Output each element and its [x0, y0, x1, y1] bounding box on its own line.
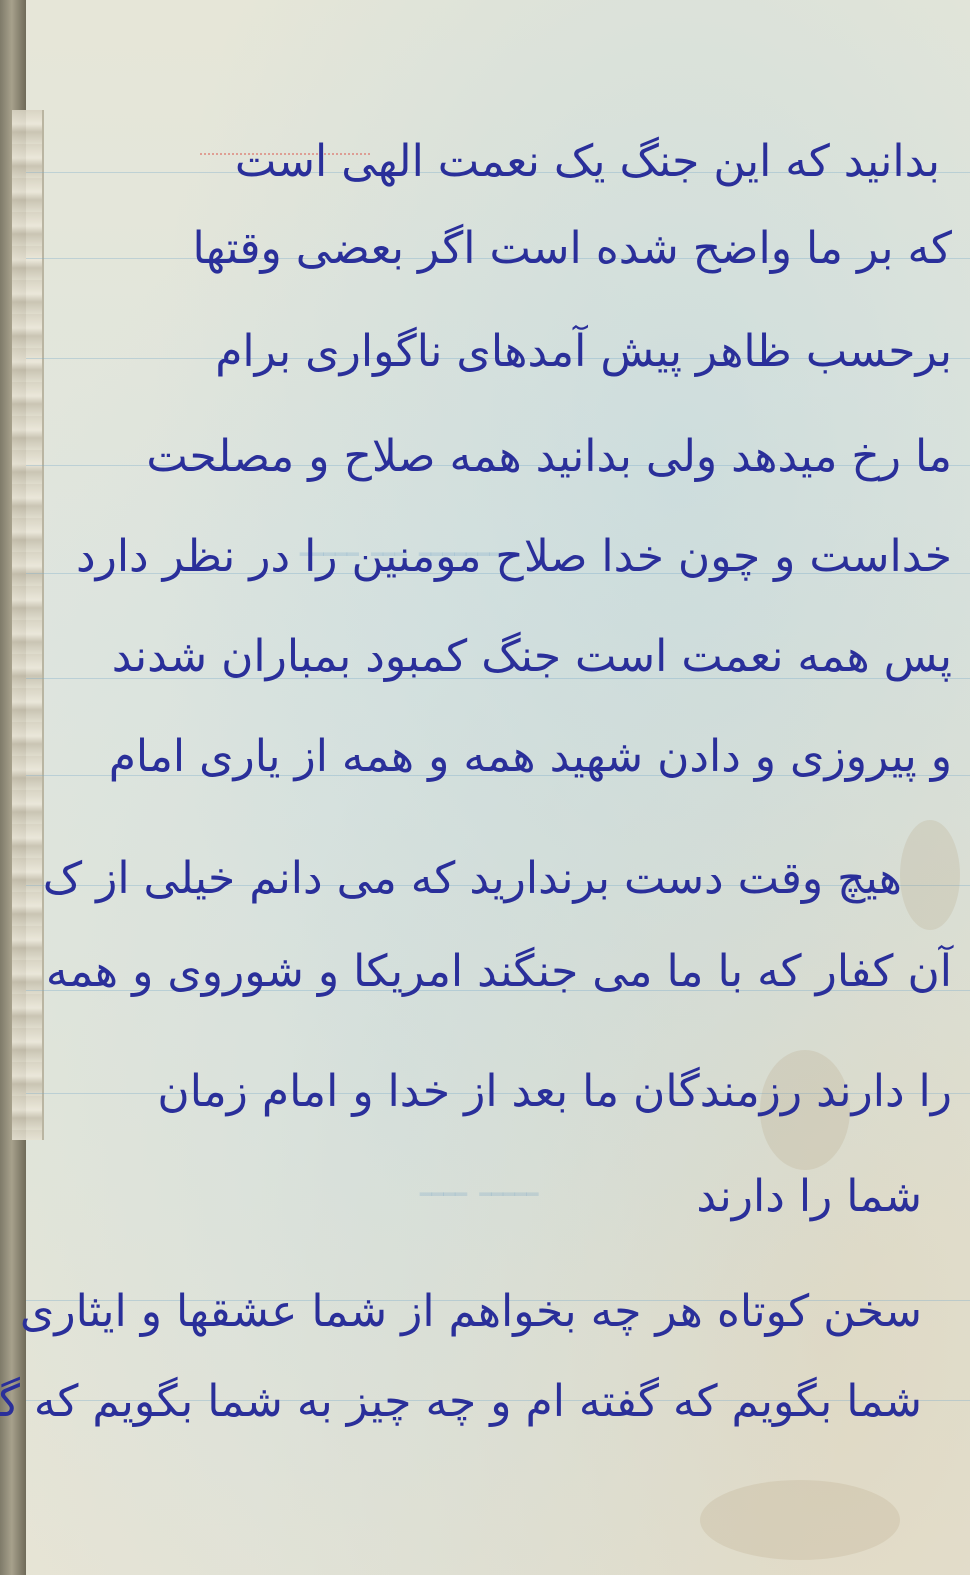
- torn-paper-edge: [12, 110, 44, 1140]
- text-line-2: که بر ما واضح شده است اگر بعضی وقتها: [193, 227, 952, 271]
- handwritten-text: بدانید که این جنگ یک نعمت الهی است که بر…: [0, 95, 952, 184]
- scanned-letter-page: ـــــ ـــ ـــــــ ــــ ـــــ بدانید که ا…: [0, 0, 970, 1575]
- text-line-4: ما رخ میدهد ولی بدانید همه صلاح و مصلحت: [146, 435, 952, 479]
- text-line-9: آن کفار که با ما می جنگند امریکا و شوروی…: [46, 950, 952, 994]
- text-line-10: را دارند رزمندگان ما بعد از خدا و امام ز…: [157, 1070, 952, 1114]
- paper-stain: [900, 820, 960, 930]
- paper-stain: [700, 1480, 900, 1560]
- text-line-13: شما بگویم که گفته ام و چه چیز به شما بگو…: [0, 1380, 922, 1424]
- bleed-through-text: ــــ ـــــ: [420, 1160, 538, 1206]
- text-line-5: خداست و چون خدا صلاح مومنین را در نظر دا…: [76, 535, 952, 579]
- text-line-11: شما را دارند: [696, 1175, 922, 1219]
- text-line-6: پس همه نعمت است جنگ کمبود بمباران شدند: [112, 635, 952, 679]
- text-line-8: هیچ وقت دست برندارید که می دانم خیلی از …: [43, 857, 902, 901]
- text-line-12: سخن کوتاه هر چه بخواهم از شما عشقها و ای…: [20, 1290, 922, 1334]
- text-line-1: بدانید که این جنگ یک نعمت الهی است: [0, 140, 940, 184]
- text-line-3: برحسب ظاهر پیش آمدهای ناگواری برام: [215, 330, 952, 374]
- text-line-7: و پیروزی و دادن شهید همه و همه از یاری ا…: [109, 735, 952, 779]
